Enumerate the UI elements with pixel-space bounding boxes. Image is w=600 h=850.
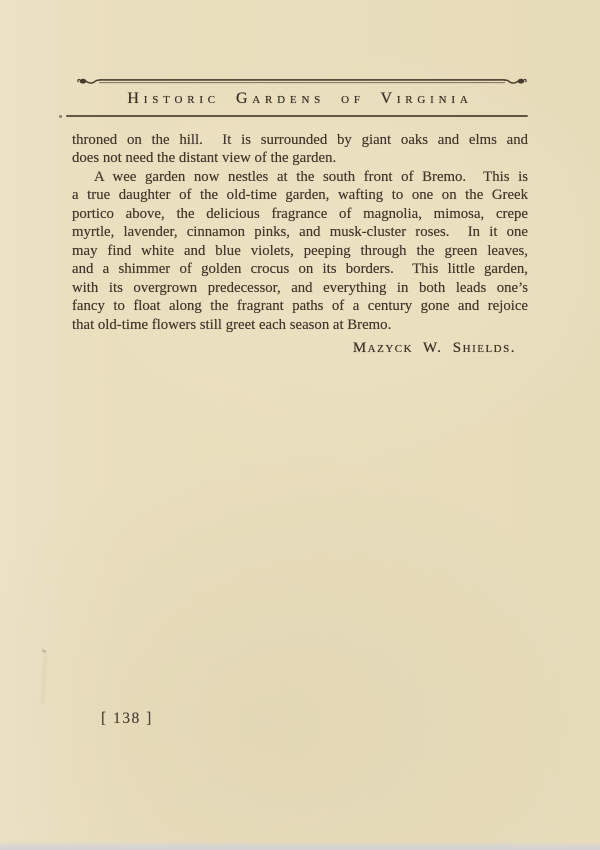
text-line: does not need the distant view of the ga… <box>72 149 528 167</box>
text-line: and a shimmer of golden crocus on its bo… <box>72 260 528 278</box>
text-line: with its overgrown predecessor, and ever… <box>72 279 528 297</box>
running-head-title: Historic Gardens of Virginia <box>72 90 528 108</box>
rule-dot <box>59 115 62 118</box>
text-line: throned on the hill. It is surrounded by… <box>72 131 528 149</box>
text-line: fancy to float along the fragrant paths … <box>72 297 528 315</box>
text-line: a true daughter of the old-time garden, … <box>72 186 528 204</box>
book-page: Historic Gardens of Virginia throned on … <box>0 0 600 850</box>
header-underline-rule <box>66 115 528 117</box>
text-line: myrtle, lavender, cinnamon pinks, and mu… <box>72 223 528 241</box>
text-line: A wee garden now nestles at the south fr… <box>72 168 528 186</box>
scroll-ornament-left <box>78 79 100 84</box>
page-number: [ 138 ] <box>101 710 153 728</box>
decorative-double-rule <box>76 74 528 90</box>
body-text: throned on the hill. It is surrounded by… <box>72 131 528 357</box>
text-line: may find white and blue violets, peeping… <box>72 242 528 260</box>
scan-edge-strip <box>0 841 600 850</box>
text-line: portico above, the delicious fragrance o… <box>72 205 528 223</box>
paper-crease <box>42 652 47 704</box>
author-signature: Mazyck W. Shields. <box>72 339 528 357</box>
text-line: that old-time flowers still greet each s… <box>72 316 528 334</box>
scroll-ornament-right <box>505 79 527 84</box>
